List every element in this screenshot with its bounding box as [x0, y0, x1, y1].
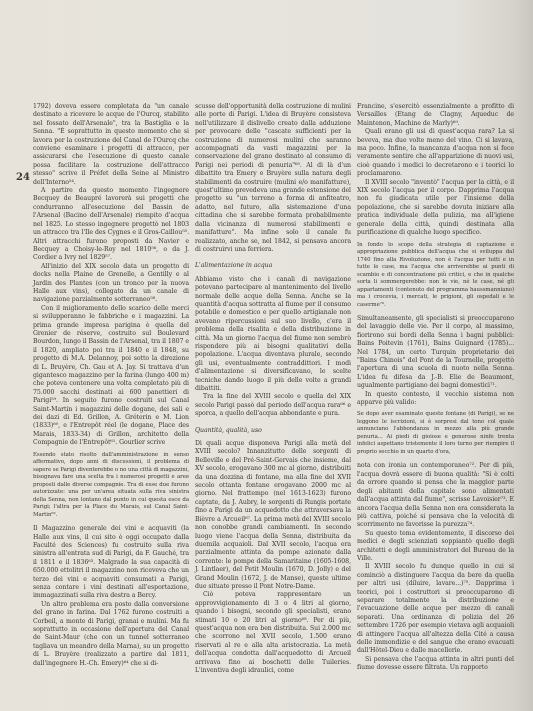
column-2: scusse dell'opportunità della costruzion… [195, 103, 351, 675]
paragraph: 1792) doveva essere completata da "un ca… [33, 103, 189, 187]
column-1: 1792) doveva essere completata da "un ca… [33, 103, 189, 668]
paragraph: Ciò poteva rappresentare un approvvigion… [195, 591, 351, 675]
paragraph: Quali erano gli usi di quest'acqua rara?… [357, 128, 514, 178]
paragraph: Si pensava che l'acqua attinta in altri … [357, 656, 514, 673]
column-3: Francine, s'esercitò essenzialmente a pr… [357, 103, 514, 673]
paragraph: A partire da questo momento l'ingegnere … [33, 187, 189, 263]
page-number: 24 [16, 172, 30, 183]
block-quote: Essendo stato risolto dall'amministrazio… [33, 452, 189, 520]
paragraph: nota con ironia un contemporaneo⁷². Per … [357, 462, 514, 529]
paragraph: Simultaneamente, gli specialisti si preo… [357, 315, 514, 391]
paragraph: Di quali acque disponeva Parigi alla met… [195, 440, 351, 591]
paragraph: scusse dell'opportunità della costruzion… [195, 103, 351, 254]
paragraph: Il XVIII secolo fu dunque quello in cui … [357, 563, 514, 655]
paragraph: All'inizio del XIX secolo data un proget… [33, 263, 189, 305]
block-quote: Se dopo aver esaminato queste fontane (d… [357, 411, 514, 456]
section-heading: Quantità, qualità, uso [195, 427, 351, 435]
paragraph: Abbiamo visto che i canali di navigazion… [195, 276, 351, 394]
paragraph: Un altro problema era posto dalla conver… [33, 601, 189, 668]
block-quote: In fondo lo scopo della strategia di cap… [357, 242, 514, 310]
paragraph: Il Magazzino generale dei vini e acquavi… [33, 525, 189, 601]
paragraph: Con il miglioramento dello scarico delle… [33, 305, 189, 448]
paragraph: Il XVIII secolo "inventò" l'acqua per la… [357, 179, 514, 238]
paragraph: Su questo tema evidentemente, il discors… [357, 530, 514, 564]
paragraph: Tra la fine del XVIII secolo e quella de… [195, 393, 351, 418]
paragraph: In questo contesto, il vecchio sistema n… [357, 391, 514, 408]
section-heading: L'alimentazione in acqua [195, 262, 351, 270]
paragraph: Francine, s'esercitò essenzialmente a pr… [357, 103, 514, 128]
